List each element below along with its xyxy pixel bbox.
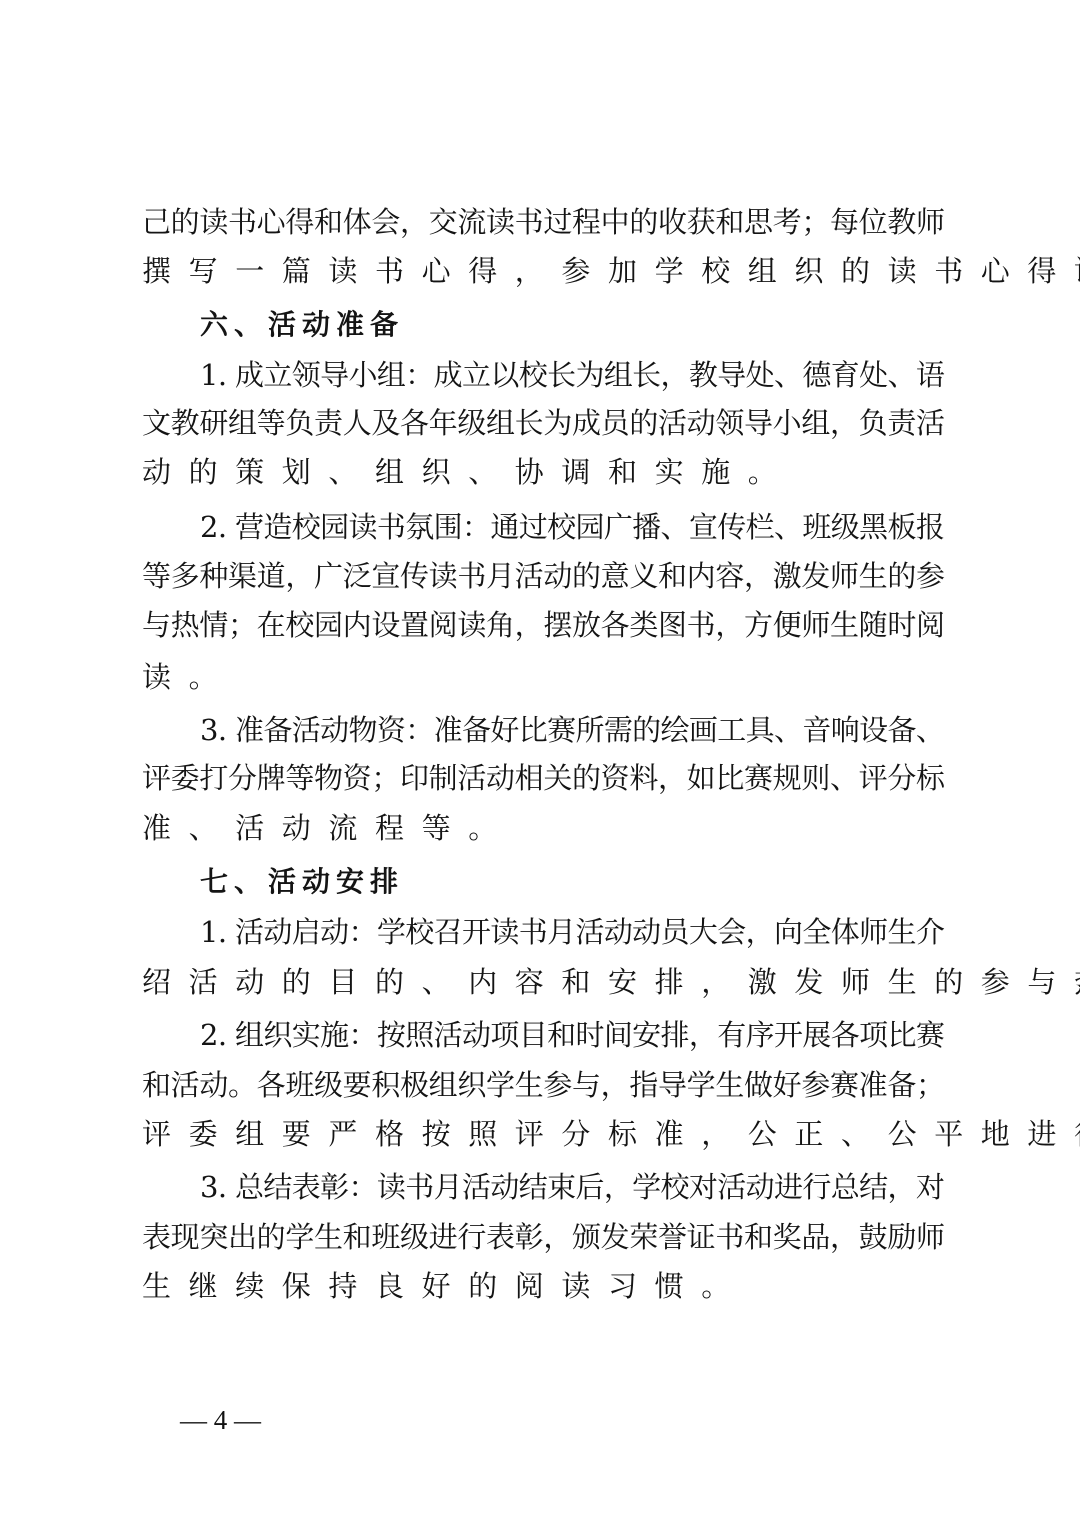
paragraph-line: 等多种渠道，广泛宣传读书月活动的意义和内容，激发师生的参 <box>142 551 945 601</box>
paragraph-line: 和活动。各班级要积极组织学生参与，指导学生做好参赛准备； <box>142 1060 945 1110</box>
paragraph-line: 动的策划、组织、协调和实施。 <box>142 447 952 497</box>
paragraph-line: 1. 活动启动：学校召开读书月活动动员大会，向全体师生介 <box>200 907 944 957</box>
paragraph-line: 与热情；在校园内设置阅读角，摆放各类图书，方便师生随时阅 <box>142 600 945 650</box>
paragraph-line: 评委打分牌等物资；印制活动相关的资料，如比赛规则、评分标 <box>142 753 945 803</box>
document-page: 己的读书心得和体会，交流读书过程中的收获和思考；每位教师 撰写一篇读书心得，参加… <box>0 0 1080 1527</box>
page-number: — 4 — <box>180 1402 261 1438</box>
paragraph-line: 绍活动的目的、内容和安排，激发师生的参与热情。 <box>142 957 952 1007</box>
paragraph-line: 3. 总结表彰：读书月活动结束后，学校对活动进行总结，对 <box>200 1162 944 1212</box>
paragraph-line: 评委组要严格按照评分标准，公正、公平地进行评选。 <box>142 1109 952 1159</box>
paragraph-line: 己的读书心得和体会，交流读书过程中的收获和思考；每位教师 <box>142 197 945 247</box>
paragraph-line: 3. 准备活动物资：准备好比赛所需的绘画工具、音响设备、 <box>200 705 944 755</box>
section-heading-arrangement: 七、活动安排 <box>200 857 1010 907</box>
paragraph-line: 1. 成立领导小组：成立以校长为组长，教导处、德育处、语 <box>200 350 944 400</box>
paragraph-line: 表现突出的学生和班级进行表彰，颁发荣誉证书和奖品，鼓励师 <box>142 1212 945 1262</box>
paragraph-line: 2. 营造校园读书氛围：通过校园广播、宣传栏、班级黑板报 <box>200 502 944 552</box>
paragraph-line: 撰写一篇读书心得，参加学校组织的读书心得评选活动。 <box>142 246 952 296</box>
paragraph-line: 2. 组织实施：按照活动项目和时间安排，有序开展各项比赛 <box>200 1010 944 1060</box>
paragraph-line: 文教研组等负责人及各年级组长为成员的活动领导小组，负责活 <box>142 398 945 448</box>
paragraph-line: 准、活动流程等。 <box>142 803 952 853</box>
paragraph-line: 读。 <box>142 652 952 702</box>
section-heading-preparation: 六、活动准备 <box>200 300 1010 350</box>
paragraph-line: 生继续保持良好的阅读习惯。 <box>142 1261 952 1311</box>
